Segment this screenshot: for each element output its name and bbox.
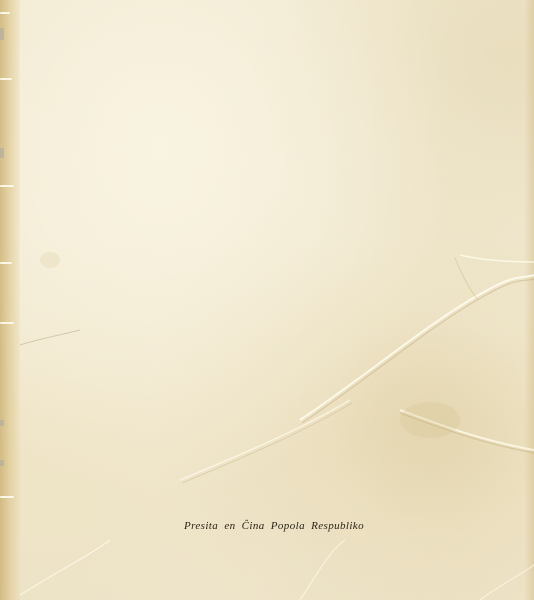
page-right-edge xyxy=(524,0,534,600)
tear-mark xyxy=(0,12,10,14)
tear-mark xyxy=(0,322,14,324)
paper-page: Presita en Ĉina Popola Respubliko xyxy=(0,0,534,600)
tear-mark xyxy=(0,185,14,187)
imprint-text: Presita en Ĉina Popola Respubliko xyxy=(0,520,534,532)
binding-gap xyxy=(0,420,4,426)
binding-gap xyxy=(0,148,4,158)
paper-creases xyxy=(0,0,534,600)
tear-mark xyxy=(0,496,14,498)
binding-gap xyxy=(0,460,4,466)
binding-gap xyxy=(0,28,4,40)
tear-mark xyxy=(0,262,12,264)
binding-strip xyxy=(0,0,20,600)
tear-mark xyxy=(0,78,12,80)
